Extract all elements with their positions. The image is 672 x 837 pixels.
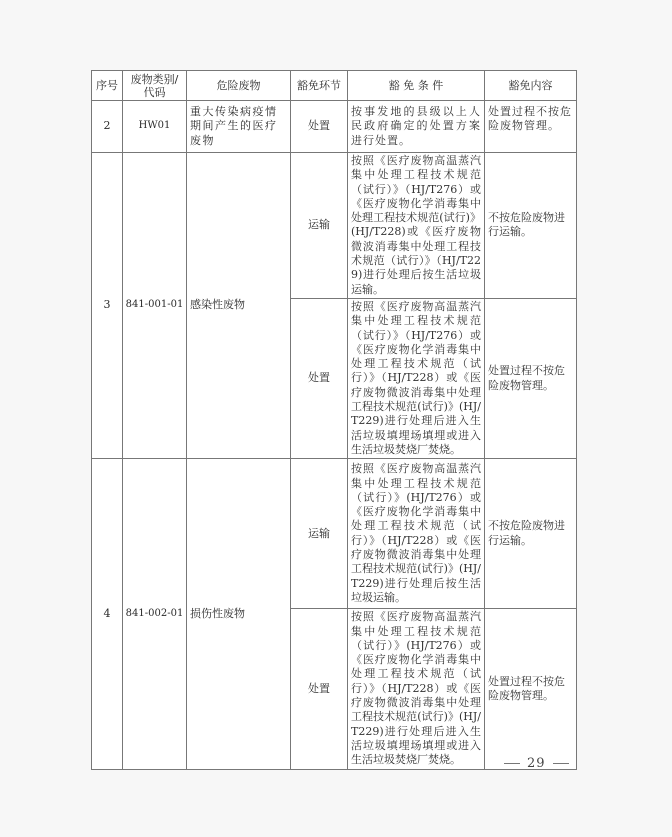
header-condition: 豁 免 条 件	[348, 71, 485, 101]
footer-dash-right	[553, 763, 569, 764]
code-cell: HW01	[123, 101, 187, 153]
exemption-table: 序号 废物类别/代码 危险废物 豁免环节 豁 免 条 件 豁免内容 2 HW01…	[91, 70, 577, 770]
code-cell: 841-002-01	[123, 459, 187, 769]
stage-cell: 处置	[291, 101, 348, 153]
waste-cell: 损伤性废物	[187, 459, 291, 769]
header-code: 废物类别/代码	[123, 71, 187, 101]
seq-cell: 3	[92, 153, 123, 459]
content-cell: 处置过程不按危险废物管理。	[485, 298, 577, 458]
page-footer: 29	[497, 756, 576, 771]
stage-cell: 运输	[291, 459, 348, 609]
header-content: 豁免内容	[485, 71, 577, 101]
stage-cell: 处置	[291, 298, 348, 458]
content-cell: 处置过程不按危险废物管理。	[485, 101, 577, 153]
header-waste: 危险废物	[187, 71, 291, 101]
condition-cell: 按事发地的县级以上人民政府确定的处置方案进行处置。	[348, 101, 485, 153]
content-cell: 不按危险废物进行运输。	[485, 459, 577, 609]
seq-cell: 2	[92, 101, 123, 153]
condition-cell: 按照《医疗废物高温蒸汽集中处理工程技术规范（试行）》（HJ/T276）或《医疗废…	[348, 153, 485, 299]
content-cell: 处置过程不按危险废物管理。	[485, 609, 577, 769]
footer-dash-left	[504, 763, 520, 764]
seq-cell: 4	[92, 459, 123, 769]
table-row: 2 HW01 重大传染病疫情期间产生的医疗废物 处置 按事发地的县级以上人民政府…	[92, 101, 577, 153]
document-page: 序号 废物类别/代码 危险废物 豁免环节 豁 免 条 件 豁免内容 2 HW01…	[0, 0, 672, 837]
stage-cell: 处置	[291, 609, 348, 769]
table-row: 3 841-001-01 感染性废物 运输 按照《医疗废物高温蒸汽集中处理工程技…	[92, 153, 577, 299]
condition-cell: 按照《医疗废物高温蒸汽集中处理工程技术规范（试行）》(HJ/T276）或《医疗废…	[348, 609, 485, 769]
code-cell: 841-001-01	[123, 153, 187, 459]
condition-cell: 按照《医疗废物高温蒸汽集中处理工程技术规范（试行）》(HJ/T276）或《医疗废…	[348, 459, 485, 609]
table-row: 4 841-002-01 损伤性废物 运输 按照《医疗废物高温蒸汽集中处理工程技…	[92, 459, 577, 609]
condition-cell: 按照《医疗废物高温蒸汽集中处理工程技术规范（试行）》（HJ/T276）或《医疗废…	[348, 298, 485, 458]
content-cell: 不按危险废物进行运输。	[485, 153, 577, 299]
table-header-row: 序号 废物类别/代码 危险废物 豁免环节 豁 免 条 件 豁免内容	[92, 71, 577, 101]
waste-cell: 重大传染病疫情期间产生的医疗废物	[187, 101, 291, 153]
waste-cell: 感染性废物	[187, 153, 291, 459]
header-stage: 豁免环节	[291, 71, 348, 101]
page-number: 29	[527, 756, 546, 771]
header-seq: 序号	[92, 71, 123, 101]
stage-cell: 运输	[291, 153, 348, 299]
